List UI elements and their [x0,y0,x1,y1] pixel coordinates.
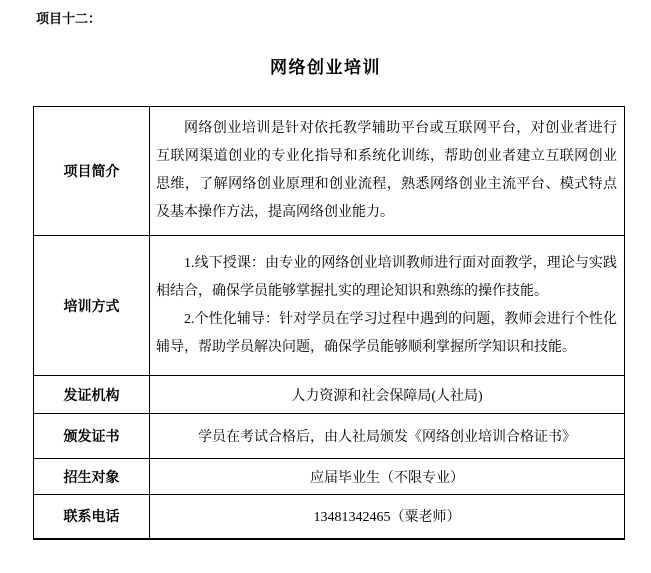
label-cell-training-method: 培训方式 [34,236,150,376]
content-cell-certificate: 学员在考试合格后，由人社局颁发《网络创业培训合格证书》 [150,414,625,459]
content-cell-contact-phone: 13481342465（粟老师） [150,495,625,539]
table-row-training-method: 培训方式 1.线下授课：由专业的网络创业培训教师进行面对面教学，理论与实践相结合… [34,236,625,376]
label-cell-project-intro: 项目简介 [34,107,150,236]
table-row-certificate: 颁发证书 学员在考试合格后，由人社局颁发《网络创业培训合格证书》 [34,414,625,459]
content-cell-project-intro: 网络创业培训是针对依托教学辅助平台或互联网平台，对创业者进行互联网渠道创业的专业… [150,107,625,236]
label-cell-contact-phone: 联系电话 [34,495,150,539]
table-row-project-intro: 项目简介 网络创业培训是针对依托教学辅助平台或互联网平台，对创业者进行互联网渠道… [34,107,625,236]
label-cell-certifying-authority: 发证机构 [34,376,150,414]
table-row-contact-phone: 联系电话 13481342465（粟老师） [34,495,625,539]
table-row-enrollment-target: 招生对象 应届毕业生（不限专业） [34,459,625,495]
document-page: { "page": { "project_label": "项目十二：", "t… [0,0,651,573]
project-intro-paragraph: 网络创业培训是针对依托教学辅助平台或互联网平台，对创业者进行互联网渠道创业的专业… [156,115,617,227]
content-cell-enrollment-target: 应届毕业生（不限专业） [150,459,625,495]
label-cell-certificate: 颁发证书 [34,414,150,459]
table-row-certifying-authority: 发证机构 人力资源和社会保障局(人社局) [34,376,625,414]
training-method-paragraph-2: 2.个性化辅导：针对学员在学习过程中遇到的问题，教师会进行个性化辅导，帮助学员解… [156,306,617,362]
info-table: 项目简介 网络创业培训是针对依托教学辅助平台或互联网平台，对创业者进行互联网渠道… [33,106,625,540]
project-label: 项目十二： [0,0,651,25]
content-cell-certifying-authority: 人力资源和社会保障局(人社局) [150,376,625,414]
training-method-paragraph-1: 1.线下授课：由专业的网络创业培训教师进行面对面教学，理论与实践相结合，确保学员… [156,250,617,306]
label-cell-enrollment-target: 招生对象 [34,459,150,495]
doc-title: 网络创业培训 [0,59,651,76]
content-cell-training-method: 1.线下授课：由专业的网络创业培训教师进行面对面教学，理论与实践相结合，确保学员… [150,236,625,376]
page-container: 项目十二： 网络创业培训 项目简介 网络创业培训是针对依托教学辅助平台或互联网平… [0,0,651,573]
